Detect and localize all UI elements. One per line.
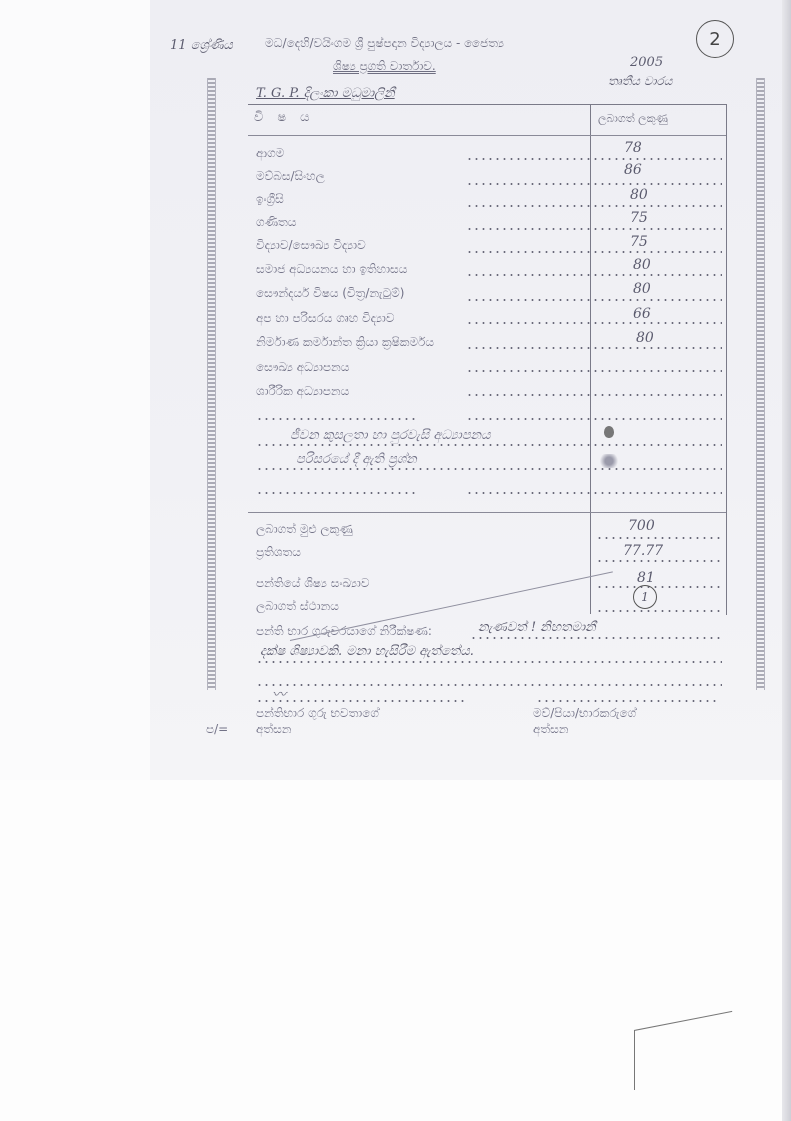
subject-mark: 80 — [630, 187, 648, 203]
dotted-line — [466, 370, 722, 372]
dotted-line — [256, 444, 722, 446]
dotted-line — [466, 205, 722, 207]
teacher-signature-caption-2: අත්සන — [256, 722, 292, 737]
marks-column-divider — [590, 104, 591, 614]
dotted-line — [466, 274, 722, 276]
summary-value: 1 — [641, 590, 649, 604]
blank-page-area — [0, 780, 791, 1121]
report-title: ශිෂ්‍ය ප්‍රගති වාර්තාව. — [333, 59, 436, 74]
parent-signature-caption: මව්/පියා/භාරකරුගේ — [533, 706, 636, 721]
subject-label-handwritten: පරිසරයේ දී ඇති ප්‍රශ්න — [296, 452, 417, 467]
summary-value: 81 — [637, 570, 655, 586]
subject-label: සෞන්දර්ය විෂය (චිත්‍ර/නැටුම්) — [256, 286, 404, 301]
dotted-line — [596, 586, 722, 588]
dotted-line — [466, 158, 722, 160]
subject-header: විෂය — [254, 110, 324, 125]
signature-line-teacher — [256, 700, 466, 702]
subject-label-handwritten: ජීවන කුසලතා හා පුරවැසි අධ්‍යාපනය — [290, 428, 490, 443]
dotted-line — [256, 468, 722, 470]
summary-label: ලබාගත් මුළු ලකුණු — [256, 522, 353, 537]
teacher-signature-caption: පන්තිභාර ගුරු භවතාගේ — [256, 706, 379, 721]
school-line: මධ/දෙහි/වයිංගම ශ්‍රී පුෂ්පදාන විද්‍යාලය … — [265, 36, 504, 51]
dotted-line — [596, 560, 722, 562]
subject-label: සෞඛ්‍ය අධ්‍යාපනය — [256, 360, 349, 375]
subject-label: මව්බස/සිංහල — [256, 169, 325, 184]
subject-mark: 78 — [624, 140, 642, 156]
dotted-line — [470, 637, 720, 639]
summary-value: 77.77 — [623, 543, 663, 559]
subject-label: ශාරීරික අධ්‍යාපනය — [256, 384, 349, 399]
summary-label: පන්තියේ ශිෂ්‍ය සංඛ්‍යාව — [256, 576, 370, 591]
rank-circle: 1 — [633, 585, 657, 609]
subject-mark: 66 — [633, 306, 651, 322]
page-number-circle: 2 — [696, 20, 734, 58]
student-name: T. G. P. දිලංකා මධුමාලිනී — [256, 86, 395, 101]
marks-header: ලබාගත් ලකුණු — [598, 112, 668, 126]
dotted-line — [466, 394, 722, 396]
dotted-line — [466, 492, 722, 494]
dotted-line — [256, 684, 722, 686]
ink-smudge — [598, 454, 620, 468]
dotted-line — [466, 183, 722, 185]
remarks-line-1: නැණවත් ! නිහතමානී — [478, 620, 596, 635]
subject-mark: 75 — [630, 234, 648, 250]
dotted-line — [256, 418, 416, 420]
left-perforation-border — [207, 78, 216, 690]
remarks-line-2: දක්ෂ ශිෂ්‍යාවකි. මනා හැසිරීම ඇත්තේය. — [260, 644, 474, 659]
subject-mark: 86 — [624, 162, 642, 178]
page-edge-shadow — [782, 0, 791, 1121]
dotted-line — [596, 537, 722, 539]
year: 2005 — [630, 55, 663, 70]
term: තෘතීය වාරය — [608, 74, 672, 89]
subject-label: ගණිතය — [256, 215, 296, 230]
summary-value: 700 — [628, 518, 655, 534]
dotted-line — [466, 251, 722, 253]
right-perforation-border — [756, 78, 765, 690]
dotted-line — [596, 610, 722, 612]
subject-mark: 80 — [636, 330, 654, 346]
subject-label: විද්‍යාව/සෞඛ්‍ය විද්‍යාව — [256, 238, 366, 253]
subject-label: අප හා පරිසරය ගෘහ විද්‍යාව — [256, 311, 395, 326]
summary-divider — [248, 512, 726, 513]
dotted-line — [466, 418, 722, 420]
left-note: ප/= — [206, 722, 228, 737]
header-divider — [248, 135, 726, 136]
dotted-line — [256, 492, 416, 494]
dotted-line — [466, 347, 722, 349]
subject-label: සමාජ අධ්‍යයනය හා ඉතිහාසය — [256, 262, 407, 277]
subject-mark: 80 — [633, 257, 651, 273]
subject-label: නිර්මාණ කර්මාන්ත ක්‍රියා ක්‍රෂිකර්මය — [256, 335, 434, 350]
dotted-line — [466, 228, 722, 230]
summary-label: ලබාගත් ස්ථානය — [256, 599, 339, 614]
summary-label: ප්‍රතිශතය — [256, 545, 301, 560]
subject-label: ඉංග්‍රීසි — [256, 192, 284, 207]
dotted-line — [256, 661, 722, 663]
dotted-line — [466, 299, 722, 301]
subject-label: ආගම — [256, 146, 284, 161]
pencil-mark — [634, 1030, 635, 1090]
parent-signature-caption-2: අත්සන — [533, 722, 569, 737]
remarks-label: පන්ති භාර ගුරුවරයාගේ නිරීක්ෂණ: — [256, 624, 432, 639]
ink-blot — [604, 426, 614, 438]
signature-line-parent — [536, 700, 716, 702]
page-number: 2 — [709, 29, 720, 50]
subject-mark: 80 — [633, 281, 651, 297]
grade-note: 11 ශ්‍රේණිය — [170, 38, 233, 53]
dotted-line — [466, 322, 722, 324]
subject-mark: 75 — [630, 210, 648, 226]
